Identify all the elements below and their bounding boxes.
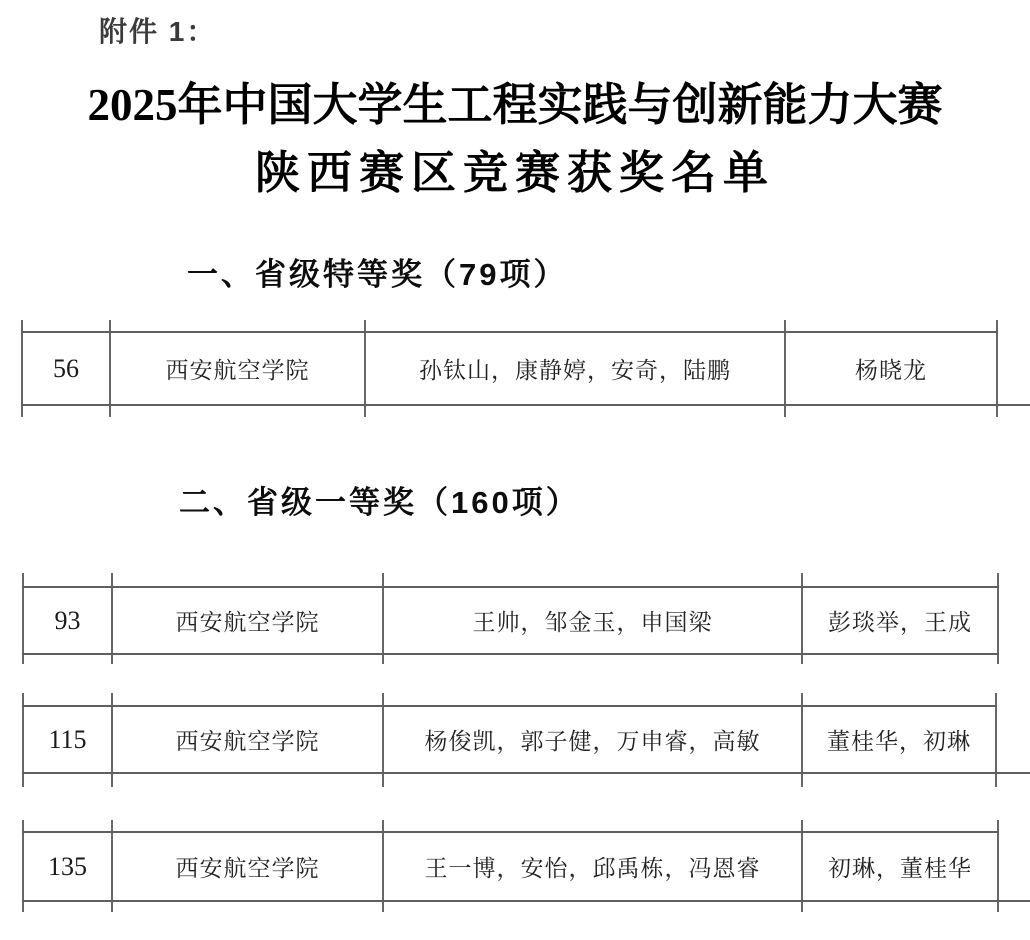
- cell-advisors: 杨晓龙: [786, 333, 996, 404]
- cell-team-members: 杨俊凯，郭子健，万申睿，高敏: [384, 707, 801, 772]
- document-title-line2: 陕西赛区竞赛获奖名单: [0, 146, 1030, 200]
- table-grid-line: [22, 772, 1030, 774]
- award-table-row-115: 115 西安航空学院 杨俊凯，郭子健，万申睿，高敏 董桂华，初琳: [0, 693, 1030, 787]
- cell-school: 西安航空学院: [113, 833, 382, 900]
- section-heading-first-prize: 二、省级一等奖（160项）: [179, 477, 580, 522]
- table-grid-line: [996, 320, 998, 417]
- award-table-row-93: 93 西安航空学院 王帅，邹金玉，申国梁 彭琰举，王成: [0, 573, 1030, 664]
- cell-team-members: 王一博，安怡，邱禹栋，冯恩睿: [384, 833, 801, 900]
- section-heading-special-prize: 一、省级特等奖（79项）: [187, 249, 567, 294]
- cell-advisors: 彭琰举，王成: [803, 588, 997, 653]
- table-grid-line: [22, 900, 1030, 902]
- cell-school: 西安航空学院: [113, 707, 382, 772]
- award-table-row-56: 56 西安航空学院 孙钛山，康静婷，安奇，陆鹏 杨晓龙: [0, 320, 1030, 417]
- document-title-line1: 2025年中国大学生工程实践与创新能力大赛: [0, 78, 1030, 132]
- award-table-row-135: 135 西安航空学院 王一博，安怡，邱禹栋，冯恩睿 初琳，董桂华: [0, 820, 1030, 912]
- cell-school: 西安航空学院: [113, 588, 382, 653]
- cell-serial-number: 115: [24, 707, 111, 772]
- table-grid-line: [21, 404, 1030, 406]
- attachment-label: 附件 1：: [99, 10, 216, 50]
- cell-advisors: 董桂华，初琳: [803, 707, 995, 772]
- table-grid-line: [22, 653, 999, 655]
- cell-serial-number: 93: [24, 588, 111, 653]
- cell-serial-number: 135: [24, 833, 111, 900]
- table-grid-line: [997, 820, 999, 912]
- cell-advisors: 初琳，董桂华: [803, 833, 997, 900]
- cell-serial-number: 56: [23, 333, 109, 404]
- cell-team-members: 王帅，邹金玉，申国梁: [384, 588, 801, 653]
- document-page: 附件 1： 2025年中国大学生工程实践与创新能力大赛 陕西赛区竞赛获奖名单 一…: [0, 0, 1030, 940]
- cell-team-members: 孙钛山，康静婷，安奇，陆鹏: [366, 333, 784, 404]
- cell-school: 西安航空学院: [111, 333, 364, 404]
